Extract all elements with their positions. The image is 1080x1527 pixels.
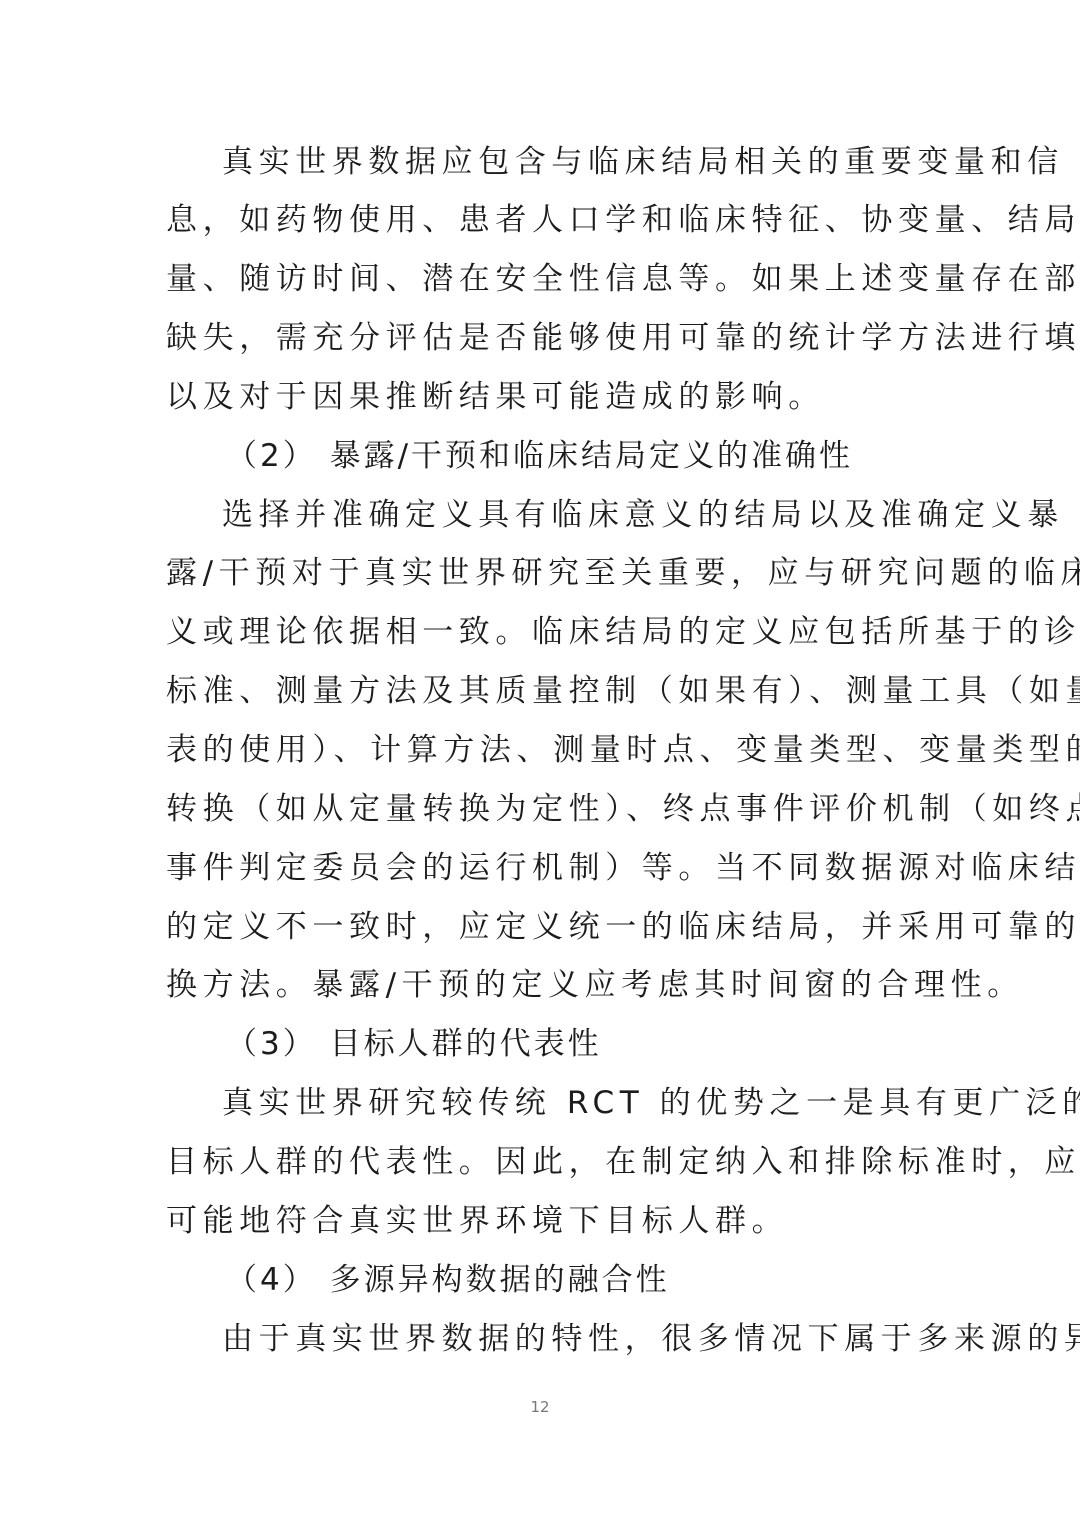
- paragraph-line: 由于真实世界数据的特性，很多情况下属于多来源的异: [222, 1310, 918, 1368]
- paragraph-line: 表的使用）、计算方法、测量时点、变量类型、变量类型的: [166, 721, 918, 779]
- paragraph-line: 的定义不一致时，应定义统一的临床结局，并采用可靠的转: [166, 898, 918, 956]
- paragraph-line: 露/干预对于真实世界研究至关重要，应与研究问题的临床意: [166, 544, 918, 602]
- section-heading: （2） 暴露/干预和临床结局定义的准确性: [226, 427, 978, 485]
- paragraph-line: 换方法。暴露/干预的定义应考虑其时间窗的合理性。: [166, 956, 918, 1014]
- paragraph-line: 真实世界数据应包含与临床结局相关的重要变量和信: [222, 133, 918, 191]
- page-number: 12: [0, 1398, 1080, 1416]
- paragraph-line: 义或理论依据相一致。临床结局的定义应包括所基于的诊断: [166, 603, 918, 661]
- section-heading: （4） 多源异构数据的融合性: [226, 1251, 978, 1309]
- paragraph-line: 息，如药物使用、患者人口学和临床特征、协变量、结局变: [166, 191, 918, 249]
- paragraph-line: 量、随访时间、潜在安全性信息等。如果上述变量存在部分: [166, 250, 918, 308]
- paragraph-line: 转换（如从定量转换为定性）、终点事件评价机制（如终点: [166, 780, 918, 838]
- paragraph-line: 缺失，需充分评估是否能够使用可靠的统计学方法进行填补，: [166, 309, 918, 367]
- paragraph-line: 目标人群的代表性。因此，在制定纳入和排除标准时，应尽: [166, 1133, 918, 1191]
- paragraph-line: 选择并准确定义具有临床意义的结局以及准确定义暴: [222, 486, 918, 544]
- paragraph-line: 真实世界研究较传统 RCT 的优势之一是具有更广泛的: [222, 1074, 918, 1132]
- paragraph-line: 标准、测量方法及其质量控制（如果有）、测量工具（如量: [166, 662, 918, 720]
- paragraph-line: 以及对于因果推断结果可能造成的影响。: [166, 368, 918, 426]
- section-heading: （3） 目标人群的代表性: [226, 1015, 978, 1073]
- paragraph-line: 可能地符合真实世界环境下目标人群。: [166, 1192, 918, 1250]
- paragraph-line: 事件判定委员会的运行机制）等。当不同数据源对临床结局: [166, 839, 918, 897]
- document-page: 真实世界数据应包含与临床结局相关的重要变量和信 息，如药物使用、患者人口学和临床…: [0, 0, 1080, 1527]
